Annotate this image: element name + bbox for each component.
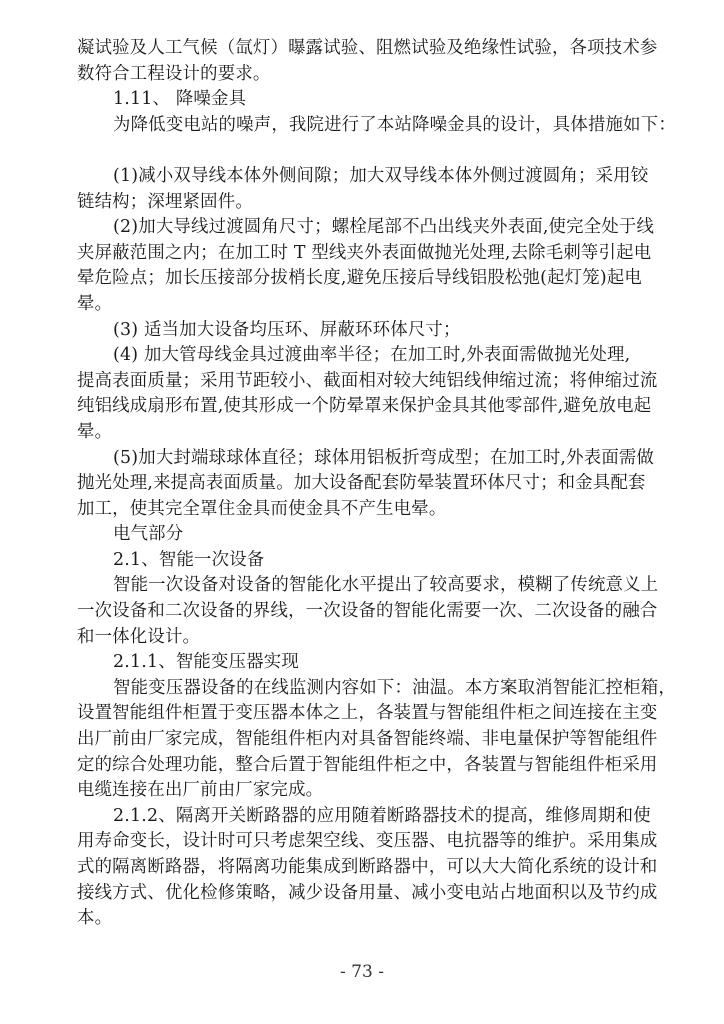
section-heading-electrical: 电气部分 <box>77 522 655 548</box>
text-line: 接线方式、优化检修策略，减少设备用量、减小变电站占地面积以及节约成 <box>77 881 655 907</box>
list-item-2: (2)加大导线过渡圆角尺寸；螺栓尾部不凸出线夹外表面,使完全处于线 <box>77 215 655 241</box>
text-line: 晕危险点；加长压接部分拔梢长度,避免压接后导线铝股松弛(起灯笼)起电 <box>77 266 655 292</box>
list-item-1: (1)减小双导线本体外侧间隙；加大双导线本体外侧过渡圆角；采用铰 <box>77 164 655 190</box>
text-line: 和一体化设计。 <box>77 625 655 651</box>
text-line: 晕。 <box>77 292 655 318</box>
text-line: 纯铝线成扇形布置,使其形成一个防晕罩来保护金具其他零部件,避免放电起 <box>77 394 655 420</box>
blank-line <box>77 138 655 164</box>
text-line: 链结构；深埋紧固件。 <box>77 190 655 216</box>
text-line: 晕。 <box>77 420 655 446</box>
text-line: 本。 <box>77 906 655 932</box>
text-line: 夹屏蔽范围之内；在加工时 T 型线夹外表面做抛光处理,去除毛刺等引起电 <box>77 241 655 267</box>
section-heading-2-1-1: 2.1.1、智能变压器实现 <box>77 650 655 676</box>
text-line: 电缆连接在出厂前由厂家完成。 <box>77 778 655 804</box>
section-heading-1-11: 1.11、 降噪金具 <box>77 87 655 113</box>
text-line: 智能变压器设备的在线监测内容如下：油温。本方案取消智能汇控柜箱， <box>77 676 655 702</box>
list-item-3: (3) 适当加大设备均压环、屏蔽环环体尺寸； <box>77 318 655 344</box>
text-line: 提高表面质量；采用节距较小、截面相对较大纯铝线伸缩过流；将伸缩过流 <box>77 369 655 395</box>
text-line: 抛光处理,来提高表面质量。加大设备配套防晕装置环体尺寸；和金具配套 <box>77 471 655 497</box>
text-line: 凝试验及人工气候（氙灯）曝露试验、阻燃试验及绝缘性试验，各项技术参 <box>77 36 655 62</box>
text-line: 一次设备和二次设备的界线，一次设备的智能化需要一次、二次设备的融合 <box>77 599 655 625</box>
text-line: 设置智能组件柜置于变压器本体之上，各装置与智能组件柜之间连接在主变 <box>77 701 655 727</box>
list-item-4: (4) 加大管母线金具过渡曲率半径；在加工时,外表面需做抛光处理, <box>77 343 655 369</box>
list-item-5: (5)加大封端球球体直径；球体用铝板折弯成型；在加工时,外表面需做 <box>77 446 655 472</box>
text-line: 加工，使其完全罩住金具而使金具不产生电晕。 <box>77 497 655 523</box>
page-number: - 73 - <box>0 962 724 982</box>
text-line: 出厂前由厂家完成，智能组件柜内对具备智能终端、非电量保护等智能组件 <box>77 727 655 753</box>
text-line: 定的综合处理功能，整合后置于智能组件柜之中，各装置与智能组件柜采用 <box>77 753 655 779</box>
text-line: 式的隔离断路器，将隔离功能集成到断路器中，可以大大简化系统的设计和 <box>77 855 655 881</box>
document-body: 凝试验及人工气候（氙灯）曝露试验、阻燃试验及绝缘性试验，各项技术参 数符合工程设… <box>77 36 655 932</box>
text-line: 用寿命变长，设计时可只考虑架空线、变压器、电抗器等的维护。采用集成 <box>77 829 655 855</box>
text-line: 为降低变电站的噪声，我院进行了本站降噪金具的设计，具体措施如下： <box>77 113 655 139</box>
section-heading-2-1: 2.1、智能一次设备 <box>77 548 655 574</box>
text-line: 智能一次设备对设备的智能化水平提出了较高要求，模糊了传统意义上 <box>77 573 655 599</box>
section-heading-2-1-2: 2.1.2、隔离开关断路器的应用随着断路器技术的提高，维修周期和使 <box>77 804 655 830</box>
text-line: 数符合工程设计的要求。 <box>77 62 655 88</box>
